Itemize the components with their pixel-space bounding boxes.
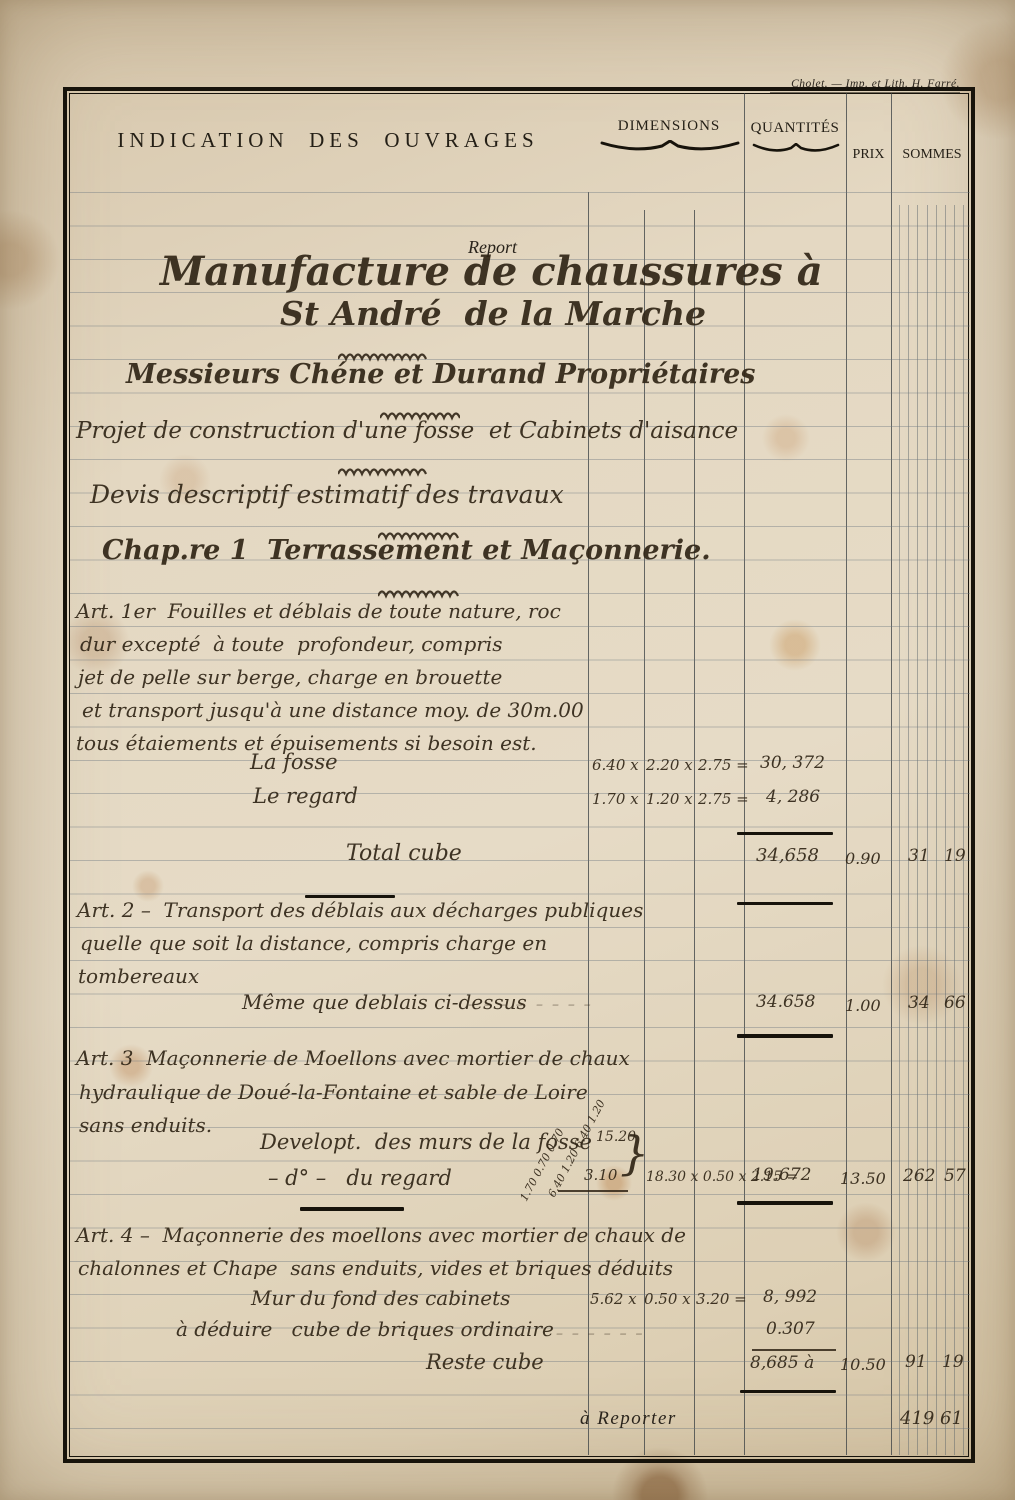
qty-value: 19.672	[752, 1167, 811, 1184]
sommes-centimes: 19	[942, 1354, 964, 1371]
dim-value: 3.20 =	[696, 1292, 747, 1307]
section-rule	[300, 1207, 404, 1211]
quantites-brace-icon	[752, 142, 840, 160]
sommes-francs: 262	[903, 1168, 935, 1185]
sum-rule	[737, 902, 833, 905]
sommes-francs: 419	[900, 1410, 934, 1428]
art3-text: Art. 3 Maçonnerie de Moellons avec morti…	[76, 1048, 630, 1068]
sommes-francs: 31	[908, 848, 930, 865]
qty-value: 30, 372	[760, 755, 825, 772]
qty-value: 8,685 à	[750, 1355, 814, 1372]
doc-title-line1: Manufacture de chaussures à	[160, 252, 823, 292]
prix-value: 0.90	[845, 851, 881, 867]
qty-value: 34,658	[756, 847, 819, 865]
dash-leader: – – – – – – – –	[468, 998, 591, 1012]
qty-value: 8, 992	[763, 1289, 817, 1306]
dim-value: 2.75 =	[698, 758, 749, 773]
calc-underline	[558, 1190, 628, 1192]
art1-text: dur excepté à toute profondeur, compris	[80, 634, 503, 654]
sum-rule	[737, 1034, 833, 1038]
prix-value: 1.00	[845, 998, 881, 1014]
dim-value: 1.70 x	[592, 792, 639, 807]
devis-line: Devis descriptif estimatif des travaux	[90, 482, 564, 507]
dim-value: 1.20 x	[646, 792, 693, 807]
art2-text: quelle que soit la distance, compris cha…	[80, 933, 547, 953]
dim-value: 2.20 x	[646, 758, 693, 773]
prix-value: 10.50	[840, 1357, 886, 1373]
header-prix: PRIX	[846, 147, 891, 163]
art4-text: Art. 4 – Maçonnerie des moellons avec mo…	[76, 1225, 686, 1245]
art4-text: chalonnes et Chape sans enduits, vides e…	[78, 1258, 673, 1278]
item-label: La fosse	[250, 752, 338, 773]
sommes-centimes: 19	[944, 848, 966, 865]
header-dimensions: DIMENSIONS	[596, 118, 742, 135]
sommes-centimes: 66	[944, 995, 966, 1012]
scanned-ledger-page: Cholet. — Imp. et Lith. H. Farré. INDICA…	[0, 0, 1015, 1500]
project-line: Projet de construction d'une fosse et Ca…	[76, 420, 738, 443]
dash-leader: – – – – – –	[556, 1327, 643, 1341]
sum-rule	[737, 832, 833, 835]
header-indication: INDICATION DES OUVRAGES	[78, 128, 578, 153]
qty-value: 0.307	[766, 1321, 815, 1338]
qty-value: 34.658	[756, 994, 815, 1011]
art1-text: et transport jusqu'à une distance moy. d…	[82, 700, 584, 720]
item-label: – d° – du regard	[268, 1168, 452, 1189]
art3-text: hydraulique de Doué-la-Fontaine et sable…	[79, 1082, 588, 1102]
doc-title-line2: St André de la Marche	[280, 297, 706, 330]
dimensions-brace-icon	[600, 140, 740, 159]
dim-value: 0.50 x	[644, 1292, 691, 1307]
sum-underline	[752, 1349, 836, 1351]
sommes-francs: 34	[908, 995, 930, 1012]
sommes-centimes: 57	[944, 1168, 966, 1185]
sum-rule	[740, 1390, 836, 1393]
dim-value: 2.75 =	[698, 792, 749, 807]
item-label: à déduire cube de briques ordinaire	[176, 1319, 554, 1339]
dim-value: 6.40 x	[592, 758, 639, 773]
header-sommes: SOMMES	[891, 147, 973, 163]
sum-rule	[737, 1201, 833, 1205]
art1-text: Art. 1er Fouilles et déblais de toute na…	[76, 601, 561, 621]
sommes-centimes: 61	[940, 1410, 963, 1428]
calc-brace: }	[620, 1130, 649, 1176]
footer-reporter-label: à Reporter	[580, 1409, 677, 1428]
owners-line: Messieurs Chéne et Durand Propriétaires	[126, 361, 756, 388]
qty-value: 4, 286	[766, 789, 820, 806]
item-label: Mur du fond des cabinets	[251, 1288, 510, 1308]
item-label: Le regard	[253, 786, 358, 807]
dim-value: 5.62 x	[590, 1292, 637, 1307]
chapter-line: Chap.re 1 Terrassement et Maçonnerie.	[102, 537, 711, 564]
art2-text: Art. 2 – Transport des déblais aux décha…	[77, 900, 643, 920]
total-label: Reste cube	[426, 1352, 544, 1373]
art3-text: sans enduits.	[79, 1115, 212, 1135]
total-label: Total cube	[346, 843, 462, 865]
art1-text: jet de pelle sur berge, charge en brouet…	[78, 667, 502, 687]
calc-result: 3.10	[584, 1168, 617, 1183]
art2-text: tombereaux	[78, 966, 199, 986]
sommes-francs: 91	[905, 1354, 927, 1371]
prix-value: 13.50	[840, 1171, 886, 1187]
header-quantites: QUANTITÉS	[746, 120, 844, 137]
